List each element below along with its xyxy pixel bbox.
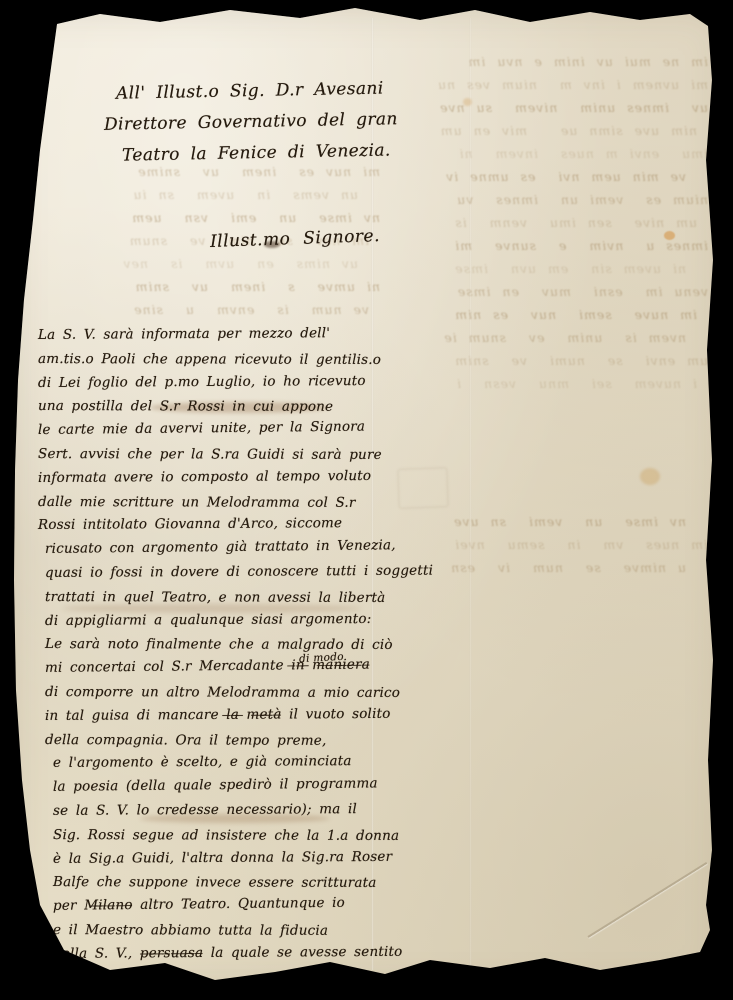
bleedthrough-line: uv nims en uvm is nev — [58, 252, 380, 275]
handwritten-line: ricusato con argomento già trattato in V… — [38, 534, 394, 562]
bleedthrough-line: um envi se numi ve snim — [388, 349, 708, 372]
handwritten-line: Sig. Rossi segue ad insistere che la 1.a… — [38, 824, 394, 849]
bleedthrough-line: imnes u nvim e sunve mi — [388, 234, 708, 257]
photo-backdrop: im ne mui uv inim e nvu immi uvnem i inv… — [0, 0, 733, 1000]
bleedthrough-line: nv imse un vemi sn uve — [388, 510, 708, 533]
handwritten-line: di comporre un altro Melodramma a mio ca… — [38, 681, 394, 706]
handwritten-line: in tal guisa di mancare l̶a̶ ̶m̶e̶t̶à̶ i… — [38, 703, 394, 729]
handwritten-line: di Lei foglio del p.mo Luglio, io ho ric… — [38, 369, 394, 395]
handwritten-line: nella S. V., p̶e̶r̶s̶u̶a̶s̶a̶ la quale s… — [38, 941, 394, 967]
handwritten-line: quasi io fossi in dovere di conoscere tu… — [38, 560, 394, 586]
vertical-fold-crease-2 — [469, 18, 472, 970]
handwritten-line: le carte mie da avervi unite, per la Sig… — [38, 415, 394, 443]
handwritten-line: per M̶i̶l̶a̶n̶o̶ altro Teatro. Quantunqu… — [38, 891, 394, 919]
handwritten-line: la poesia (della quale spedirò il progra… — [38, 772, 394, 800]
bleedthrough-line: un vems in uvem sn iu — [58, 183, 380, 206]
handwritten-line: e il Maestro abbiamo tutta la fiducia — [38, 919, 394, 944]
handwritten-line: informata avere io composto al tempo vol… — [38, 465, 394, 491]
bleedthrough-line: ni umve s inem uv snim — [58, 275, 380, 298]
address-line: Teatro la Fenice di Venezia. — [122, 135, 398, 171]
salutation: Illust.mo Signore. — [210, 226, 381, 252]
interline-insertion: di modo — [299, 651, 344, 665]
embossed-mark — [397, 467, 448, 509]
letter-page: im ne mui uv inim e nvu immi uvnem i inv… — [0, 0, 733, 1000]
corner-crease — [587, 862, 707, 938]
foxing-stain — [640, 468, 660, 485]
address-block: All' Illust.o Sig. D.r Avesani Direttore… — [104, 76, 398, 169]
handwritten-line: è la Sig.a Guidi, l'altra donna la Sig.r… — [38, 845, 394, 871]
bleedthrough-line: nium es vemi un imnes vu — [388, 188, 708, 211]
handwritten-line: Sert. avvisi che per la S.ra Guidi si sa… — [38, 443, 394, 468]
handwritten-line: di appigliarmi a qualunque siasi argomen… — [38, 607, 394, 633]
handwritten-line: La S. V. sarà informata per mezzo dell' — [38, 322, 394, 348]
foxing-stain — [664, 231, 675, 240]
bleedthrough-line: um nive sen imu venm is — [388, 211, 708, 234]
bleedthrough-line: nv imse un emi vsn uem — [58, 206, 380, 229]
bleedthrough-line: im nuve semi nuv es nim — [388, 303, 708, 326]
bleedthrough-line: i nuvem sei mnu vesn i — [388, 372, 708, 395]
letter-body: La S. V. sarà informata per mezzo dell'a… — [38, 324, 394, 967]
bleedthrough-line: im nues vm in semu nvei — [388, 533, 708, 556]
bleedthrough-line: nvem is unim ev snum ie — [388, 326, 708, 349]
bleedthrough-line: im ne mui uv inim e nvu im — [388, 50, 708, 73]
bleedthrough-line: nim uve simn ue miv en um — [388, 119, 708, 142]
bleedthrough-line — [388, 441, 708, 464]
bleedthrough-line: venu im esni muv en imse — [388, 280, 708, 303]
handwritten-line: se la S. V. lo credesse necessario); ma … — [38, 798, 394, 824]
bleedthrough-line: ni uvem sin em uvn imse — [388, 257, 708, 280]
handwritten-line: am.tis.o Paoli che appena ricevuto il ge… — [38, 348, 394, 373]
bleedthrough-line — [388, 418, 708, 441]
bleedthrough-line: uv imnes unim nivem su nve — [388, 96, 708, 119]
bleedthrough-line — [388, 395, 708, 418]
bleedthrough-line: mi uvnem i inv m nium ves nu — [388, 73, 708, 96]
handwritten-line: trattati in quel Teatro, e non avessi la… — [38, 586, 394, 611]
bleedthrough-line: imu envi m nues invem ni — [388, 142, 708, 165]
bleedthrough-line: ve min uem nvi es umne iv — [388, 165, 708, 188]
foxing-stain — [463, 98, 472, 106]
bleedthrough-line: u nimve se num iv esn — [388, 556, 708, 579]
bleedthrough-line: ve num is envm u sine — [58, 298, 380, 321]
